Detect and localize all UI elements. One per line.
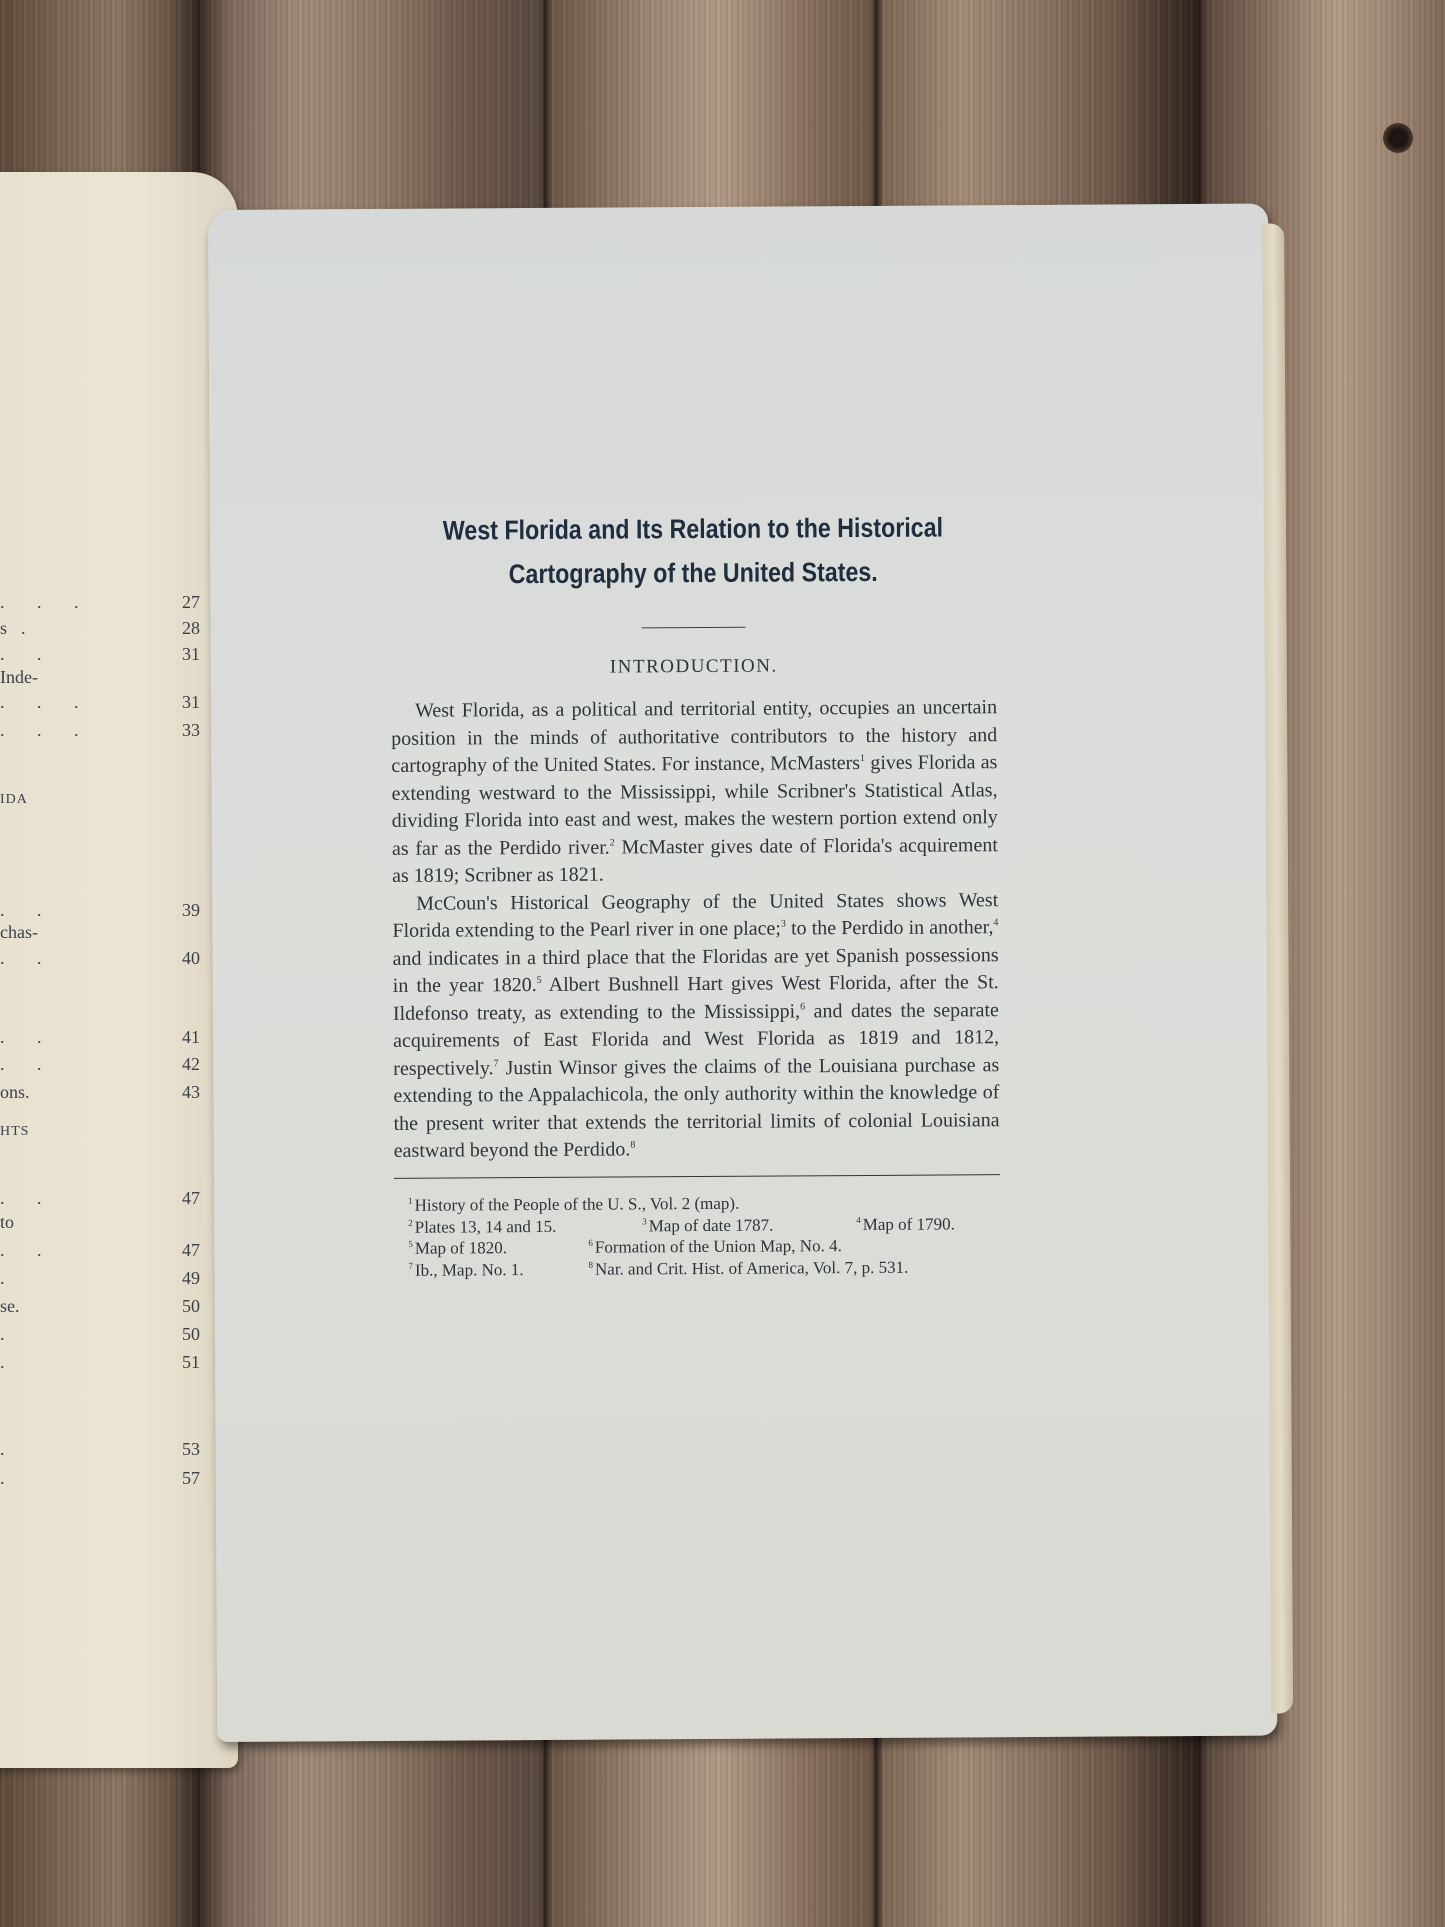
footnote-8: 8Nar. and Crit. Hist. of America, Vol. 7… [588, 1256, 908, 1279]
right-page: West Florida and Its Relation to the His… [208, 204, 1277, 1742]
toc-row: . .41 [0, 1027, 200, 1048]
paragraph: West Florida, as a political and territo… [391, 694, 998, 890]
body-text: West Florida, as a political and territo… [391, 694, 1000, 1165]
toc-row: . .39 [0, 900, 200, 921]
footnotes: 1History of the People of the U. S., Vol… [394, 1191, 1001, 1281]
footnote-3: 3Map of date 1787. [642, 1214, 856, 1237]
toc-row: .49 [0, 1268, 200, 1289]
paragraph: McCoun's Historical Geography of the Uni… [392, 887, 1000, 1166]
toc-row: ons.43 [0, 1082, 200, 1103]
toc-row: . .47 [0, 1188, 200, 1209]
section-heading: INTRODUCTION. [391, 654, 997, 680]
toc-row: Inde- [0, 667, 200, 688]
toc-row: chas- [0, 922, 200, 943]
toc-row: to [0, 1212, 200, 1233]
document-title: West Florida and Its Relation to the His… [392, 505, 995, 597]
wood-knot [1383, 123, 1413, 153]
footnote-2: 2Plates 13, 14 and 15. [408, 1215, 642, 1238]
footnote-line: 7Ib., Map. No. 1. 8Nar. and Crit. Hist. … [408, 1256, 1000, 1281]
toc-row: s.28 [0, 618, 200, 639]
footnote-ref[interactable]: 8 [630, 1139, 635, 1150]
footnote-divider [394, 1174, 1000, 1179]
toc-row: .57 [0, 1468, 200, 1489]
toc-row: .50 [0, 1324, 200, 1345]
toc-row: . .31 [0, 644, 200, 665]
footnote-ref[interactable]: 4 [993, 917, 998, 928]
footnote-line: 2Plates 13, 14 and 15. 3Map of date 1787… [408, 1213, 1000, 1238]
toc-row: . . .27 [0, 592, 200, 613]
toc-row: .53 [0, 1439, 200, 1460]
toc-section-heading: IDA [0, 792, 28, 808]
table-of-contents-fragment: . . .27 s.28 . .31 Inde- . . .31 . . .33… [0, 172, 238, 1768]
toc-row: . . .31 [0, 692, 200, 713]
footnote-4: 4Map of 1790. [856, 1213, 955, 1235]
toc-section-heading: HTS [0, 1124, 29, 1140]
toc-row: . . .33 [0, 720, 200, 741]
footnote-1: 1History of the People of the U. S., Vol… [408, 1193, 739, 1217]
footnote-6: 6Formation of the Union Map, No. 4. [588, 1235, 842, 1258]
toc-row: . .40 [0, 948, 200, 969]
toc-row: se.50 [0, 1296, 200, 1317]
toc-row: . .47 [0, 1240, 200, 1261]
page-stack-edge [1262, 223, 1293, 1713]
left-page: . . .27 s.28 . .31 Inde- . . .31 . . .33… [0, 172, 238, 1768]
toc-row: . .42 [0, 1054, 200, 1075]
footnote-7: 7Ib., Map. No. 1. [408, 1258, 588, 1281]
toc-row: .51 [0, 1352, 200, 1373]
page-content: West Florida and Its Relation to the His… [390, 505, 1001, 1281]
title-divider [642, 627, 746, 629]
footnote-5: 5Map of 1820. [408, 1237, 588, 1260]
